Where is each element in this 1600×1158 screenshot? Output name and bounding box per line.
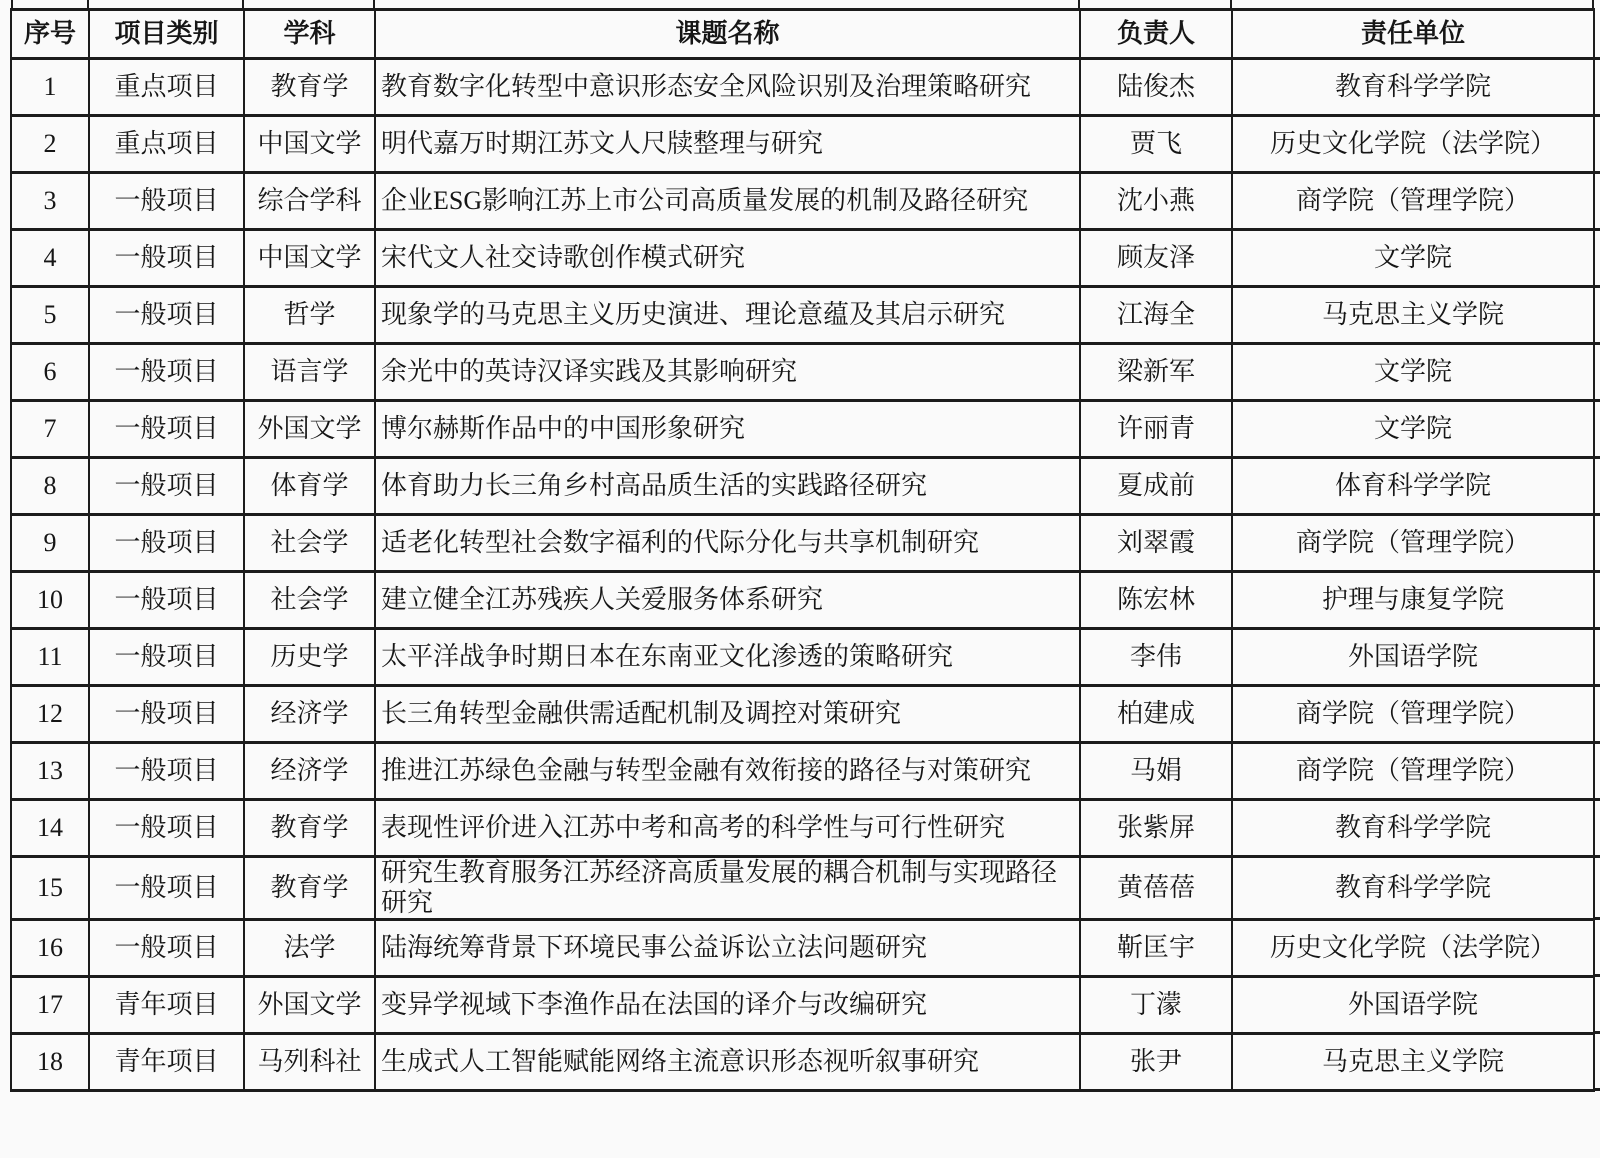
serial-cell: 8	[11, 458, 89, 515]
discipline-cell: 社会学	[244, 515, 375, 572]
discipline-cell: 历史学	[244, 629, 375, 686]
crop-line-tick	[1595, 228, 1600, 231]
leader-cell: 靳匡宇	[1080, 919, 1232, 976]
discipline-cell: 外国文学	[244, 401, 375, 458]
serial-cell: 4	[11, 230, 89, 287]
title-cell: 明代嘉万时期江苏文人尺牍整理与研究	[375, 116, 1080, 173]
crop-line-tick	[1595, 456, 1600, 459]
title-cell: 太平洋战争时期日本在东南亚文化渗透的策略研究	[375, 629, 1080, 686]
table-row: 12一般项目经济学长三角转型金融供需适配机制及调控对策研究柏建成商学院（管理学院…	[11, 686, 1594, 743]
unit-cell: 商学院（管理学院）	[1232, 743, 1594, 800]
table-row: 6一般项目语言学余光中的英诗汉译实践及其影响研究梁新军文学院	[11, 344, 1594, 401]
crop-line-stub	[87, 0, 89, 8]
header-row: 序号 项目类别 学科 课题名称 负责人 责任单位	[11, 10, 1594, 59]
leader-cell: 李伟	[1080, 629, 1232, 686]
crop-line-tick	[1595, 285, 1600, 288]
serial-cell: 1	[11, 59, 89, 116]
crop-line-stub	[1592, 0, 1594, 8]
header-category: 项目类别	[89, 10, 244, 59]
table-row: 9一般项目社会学适老化转型社会数字福利的代际分化与共享机制研究刘翠霞商学院（管理…	[11, 515, 1594, 572]
serial-cell: 10	[11, 572, 89, 629]
crop-line-tick	[1595, 342, 1600, 345]
title-cell: 体育助力长三角乡村高品质生活的实践路径研究	[375, 458, 1080, 515]
discipline-cell: 哲学	[244, 287, 375, 344]
table-row: 17青年项目外国文学变异学视域下李渔作品在法国的译介与改编研究丁濛外国语学院	[11, 976, 1594, 1033]
category-cell: 一般项目	[89, 743, 244, 800]
header-title: 课题名称	[375, 10, 1080, 59]
serial-cell: 6	[11, 344, 89, 401]
category-cell: 一般项目	[89, 686, 244, 743]
unit-cell: 商学院（管理学院）	[1232, 686, 1594, 743]
title-cell: 研究生教育服务江苏经济高质量发展的耦合机制与实现路径研究	[375, 857, 1080, 920]
crop-line-tick	[1595, 741, 1600, 744]
category-cell: 一般项目	[89, 458, 244, 515]
title-cell: 余光中的英诗汉译实践及其影响研究	[375, 344, 1080, 401]
table-row: 13一般项目经济学推进江苏绿色金融与转型金融有效衔接的路径与对策研究马娟商学院（…	[11, 743, 1594, 800]
crop-line-stub	[1078, 0, 1080, 8]
unit-cell: 文学院	[1232, 344, 1594, 401]
discipline-cell: 综合学科	[244, 173, 375, 230]
unit-cell: 护理与康复学院	[1232, 572, 1594, 629]
title-cell: 推进江苏绿色金融与转型金融有效衔接的路径与对策研究	[375, 743, 1080, 800]
table-row: 7一般项目外国文学博尔赫斯作品中的中国形象研究许丽青文学院	[11, 401, 1594, 458]
title-cell: 生成式人工智能赋能网络主流意识形态视听叙事研究	[375, 1033, 1080, 1090]
unit-cell: 商学院（管理学院）	[1232, 173, 1594, 230]
unit-cell: 教育科学学院	[1232, 857, 1594, 920]
serial-cell: 16	[11, 919, 89, 976]
category-cell: 重点项目	[89, 59, 244, 116]
title-cell: 博尔赫斯作品中的中国形象研究	[375, 401, 1080, 458]
leader-cell: 梁新军	[1080, 344, 1232, 401]
table-row: 3一般项目综合学科企业ESG影响江苏上市公司高质量发展的机制及路径研究沈小燕商学…	[11, 173, 1594, 230]
table-wrapper: 序号 项目类别 学科 课题名称 负责人 责任单位 1重点项目教育学教育数字化转型…	[10, 8, 1595, 1092]
leader-cell: 顾友泽	[1080, 230, 1232, 287]
title-cell: 宋代文人社交诗歌创作模式研究	[375, 230, 1080, 287]
serial-cell: 5	[11, 287, 89, 344]
category-cell: 一般项目	[89, 287, 244, 344]
leader-cell: 贾飞	[1080, 116, 1232, 173]
unit-cell: 外国语学院	[1232, 976, 1594, 1033]
leader-cell: 陈宏林	[1080, 572, 1232, 629]
discipline-cell: 教育学	[244, 800, 375, 857]
discipline-cell: 中国文学	[244, 230, 375, 287]
discipline-cell: 经济学	[244, 686, 375, 743]
title-cell: 适老化转型社会数字福利的代际分化与共享机制研究	[375, 515, 1080, 572]
category-cell: 一般项目	[89, 230, 244, 287]
unit-cell: 体育科学学院	[1232, 458, 1594, 515]
crop-line-tick	[1595, 627, 1600, 630]
category-cell: 重点项目	[89, 116, 244, 173]
serial-cell: 15	[11, 857, 89, 920]
category-cell: 一般项目	[89, 919, 244, 976]
serial-cell: 18	[11, 1033, 89, 1090]
table-row: 15一般项目教育学研究生教育服务江苏经济高质量发展的耦合机制与实现路径研究黄蓓蓓…	[11, 857, 1594, 920]
crop-line-stub	[373, 0, 375, 8]
table-row: 10一般项目社会学建立健全江苏残疾人关爱服务体系研究陈宏林护理与康复学院	[11, 572, 1594, 629]
serial-cell: 14	[11, 800, 89, 857]
table-row: 1重点项目教育学教育数字化转型中意识形态安全风险识别及治理策略研究陆俊杰教育科学…	[11, 59, 1594, 116]
title-cell: 建立健全江苏残疾人关爱服务体系研究	[375, 572, 1080, 629]
crop-line-tick	[1595, 513, 1600, 516]
table-row: 14一般项目教育学表现性评价进入江苏中考和高考的科学性与可行性研究张紫屏教育科学…	[11, 800, 1594, 857]
category-cell: 一般项目	[89, 401, 244, 458]
unit-cell: 文学院	[1232, 230, 1594, 287]
serial-cell: 11	[11, 629, 89, 686]
discipline-cell: 教育学	[244, 59, 375, 116]
title-cell: 企业ESG影响江苏上市公司高质量发展的机制及路径研究	[375, 173, 1080, 230]
serial-cell: 3	[11, 173, 89, 230]
unit-cell: 历史文化学院（法学院）	[1232, 919, 1594, 976]
title-cell: 变异学视域下李渔作品在法国的译介与改编研究	[375, 976, 1080, 1033]
discipline-cell: 体育学	[244, 458, 375, 515]
crop-line-tick	[1595, 684, 1600, 687]
title-cell: 陆海统筹背景下环境民事公益诉讼立法问题研究	[375, 919, 1080, 976]
crop-line-tick	[1595, 57, 1600, 60]
category-cell: 一般项目	[89, 857, 244, 920]
leader-cell: 刘翠霞	[1080, 515, 1232, 572]
title-cell: 现象学的马克思主义历史演进、理论意蕴及其启示研究	[375, 287, 1080, 344]
unit-cell: 马克思主义学院	[1232, 1033, 1594, 1090]
unit-cell: 马克思主义学院	[1232, 287, 1594, 344]
table-row: 8一般项目体育学体育助力长三角乡村高品质生活的实践路径研究夏成前体育科学学院	[11, 458, 1594, 515]
unit-cell: 外国语学院	[1232, 629, 1594, 686]
unit-cell: 教育科学学院	[1232, 59, 1594, 116]
header-leader: 负责人	[1080, 10, 1232, 59]
leader-cell: 丁濛	[1080, 976, 1232, 1033]
crop-line-tick	[1595, 114, 1600, 117]
title-cell: 长三角转型金融供需适配机制及调控对策研究	[375, 686, 1080, 743]
serial-cell: 12	[11, 686, 89, 743]
discipline-cell: 社会学	[244, 572, 375, 629]
crop-line-tick	[1595, 917, 1600, 920]
title-cell: 教育数字化转型中意识形态安全风险识别及治理策略研究	[375, 59, 1080, 116]
crop-line-tick	[1595, 1088, 1600, 1091]
discipline-cell: 经济学	[244, 743, 375, 800]
serial-cell: 17	[11, 976, 89, 1033]
unit-cell: 教育科学学院	[1232, 800, 1594, 857]
category-cell: 青年项目	[89, 1033, 244, 1090]
table-row: 11一般项目历史学太平洋战争时期日本在东南亚文化渗透的策略研究李伟外国语学院	[11, 629, 1594, 686]
discipline-cell: 外国文学	[244, 976, 375, 1033]
discipline-cell: 中国文学	[244, 116, 375, 173]
leader-cell: 沈小燕	[1080, 173, 1232, 230]
crop-line-tick	[1595, 855, 1600, 858]
leader-cell: 张尹	[1080, 1033, 1232, 1090]
leader-cell: 柏建成	[1080, 686, 1232, 743]
leader-cell: 黄蓓蓓	[1080, 857, 1232, 920]
table-row: 16一般项目法学陆海统筹背景下环境民事公益诉讼立法问题研究靳匡宇历史文化学院（法…	[11, 919, 1594, 976]
discipline-cell: 马列科社	[244, 1033, 375, 1090]
table-row: 2重点项目中国文学明代嘉万时期江苏文人尺牍整理与研究贾飞历史文化学院（法学院）	[11, 116, 1594, 173]
crop-line-tick	[1595, 171, 1600, 174]
leader-cell: 江海全	[1080, 287, 1232, 344]
table-row: 4一般项目中国文学宋代文人社交诗歌创作模式研究顾友泽文学院	[11, 230, 1594, 287]
crop-line-tick	[1595, 399, 1600, 402]
table-row: 5一般项目哲学现象学的马克思主义历史演进、理论意蕴及其启示研究江海全马克思主义学…	[11, 287, 1594, 344]
category-cell: 一般项目	[89, 173, 244, 230]
category-cell: 一般项目	[89, 572, 244, 629]
serial-cell: 2	[11, 116, 89, 173]
serial-cell: 9	[11, 515, 89, 572]
serial-cell: 7	[11, 401, 89, 458]
category-cell: 青年项目	[89, 976, 244, 1033]
unit-cell: 商学院（管理学院）	[1232, 515, 1594, 572]
category-cell: 一般项目	[89, 629, 244, 686]
category-cell: 一般项目	[89, 515, 244, 572]
header-serial: 序号	[11, 10, 89, 59]
header-unit: 责任单位	[1232, 10, 1594, 59]
header-discipline: 学科	[244, 10, 375, 59]
crop-line-tick	[1595, 974, 1600, 977]
category-cell: 一般项目	[89, 344, 244, 401]
crop-line-tick	[1595, 1031, 1600, 1034]
discipline-cell: 法学	[244, 919, 375, 976]
discipline-cell: 语言学	[244, 344, 375, 401]
unit-cell: 文学院	[1232, 401, 1594, 458]
projects-table: 序号 项目类别 学科 课题名称 负责人 责任单位 1重点项目教育学教育数字化转型…	[10, 8, 1595, 1092]
serial-cell: 13	[11, 743, 89, 800]
title-cell: 表现性评价进入江苏中考和高考的科学性与可行性研究	[375, 800, 1080, 857]
crop-line-stub	[242, 0, 244, 8]
leader-cell: 许丽青	[1080, 401, 1232, 458]
leader-cell: 张紫屏	[1080, 800, 1232, 857]
table-body: 1重点项目教育学教育数字化转型中意识形态安全风险识别及治理策略研究陆俊杰教育科学…	[11, 59, 1594, 1091]
crop-line-tick	[1595, 798, 1600, 801]
unit-cell: 历史文化学院（法学院）	[1232, 116, 1594, 173]
discipline-cell: 教育学	[244, 857, 375, 920]
leader-cell: 陆俊杰	[1080, 59, 1232, 116]
leader-cell: 夏成前	[1080, 458, 1232, 515]
category-cell: 一般项目	[89, 800, 244, 857]
crop-line-stub	[11, 0, 13, 8]
table-row: 18青年项目马列科社生成式人工智能赋能网络主流意识形态视听叙事研究张尹马克思主义…	[11, 1033, 1594, 1090]
crop-line-tick	[1595, 570, 1600, 573]
crop-line-stub	[1230, 0, 1232, 8]
leader-cell: 马娟	[1080, 743, 1232, 800]
